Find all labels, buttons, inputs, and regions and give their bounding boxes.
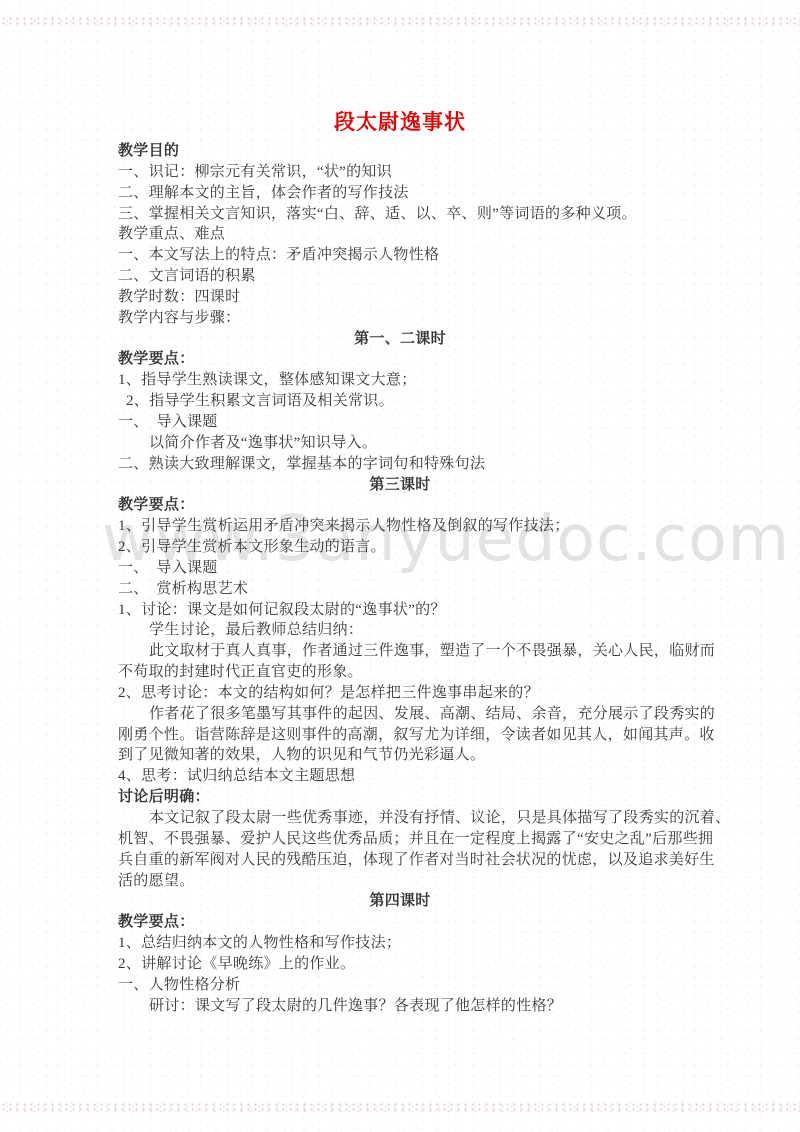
text-line: 以简介作者及“逸事状”知识导入。 <box>118 433 682 454</box>
text-line: 教学内容与步骤： <box>118 308 682 329</box>
text-line: 一、 导入课题 <box>118 558 682 579</box>
top-scan-band <box>0 16 800 26</box>
text-line: 兵自重的新军阀对人民的残酷压迫，体现了作者对当时社会状况的忧虑，以及追求美好生 <box>118 850 682 871</box>
text-line: 不苟取的封建时代正直官吏的形象。 <box>118 662 682 683</box>
text-line: 1、引导学生赏析运用矛盾冲突来揭示人物性格及倒叙的写作技法； <box>118 516 682 537</box>
text-line: 教学重点、难点 <box>118 224 682 245</box>
text-line: 活的愿望。 <box>118 871 682 892</box>
text-line: 此文取材于真人真事，作者通过三件逸事，塑造了一个不畏强暴，关心人民，临财而 <box>118 641 682 662</box>
text-line: 2、讲解讨论《早晚练》上的作业。 <box>118 954 682 975</box>
document-body: 教学目的一、识记：柳宗元有关常识，“状”的知识二、理解本文的主旨，体会作者的写作… <box>118 141 682 1016</box>
text-line: 1、讨论：课文是如何记叙段太尉的“逸事状”的？ <box>118 600 682 621</box>
text-line: 本文记叙了段太尉一些优秀事迹，并没有抒情、议论，只是具体描写了段秀实的沉着、 <box>118 808 682 829</box>
text-line: 1、指导学生熟读课文，整体感知课文大意； <box>118 370 682 391</box>
text-line: 刚勇个性。诣营陈辞是这则事件的高潮，叙写尤为详细，令读者如见其人，如闻其声。收 <box>118 725 682 746</box>
text-line: 学生讨论，最后教师总结归纳： <box>118 620 682 641</box>
text-line: 一、人物性格分析 <box>118 975 682 996</box>
text-line: 一、识记：柳宗元有关常识，“状”的知识 <box>118 162 682 183</box>
text-line: 2、引导学生赏析本文形象生动的语言。 <box>118 537 682 558</box>
text-line: 教学要点： <box>118 349 682 370</box>
text-line: 到了见微知著的效果，人物的识见和气节仍光彩逼人。 <box>118 745 682 766</box>
text-line: 4、思考：试归纳总结本文主题思想 <box>118 766 682 787</box>
text-line: 讨论后明确： <box>118 787 682 808</box>
document-title: 段太尉逸事状 <box>0 106 800 136</box>
bottom-scan-band <box>0 1102 800 1112</box>
text-line: 第四课时 <box>118 891 682 912</box>
text-line: 二、熟读大致理解课文，掌握基本的字词句和特殊句法 <box>118 454 682 475</box>
text-line: 机智、不畏强暴、爱护人民这些优秀品质；并且在一定程度上揭露了“安史之乱”后那些拥 <box>118 829 682 850</box>
text-line: 1、总结归纳本文的人物性格和写作技法； <box>118 933 682 954</box>
text-line: 2、思考讨论：本文的结构如何？是怎样把三件逸事串起来的？ <box>118 683 682 704</box>
text-line: 第一、二课时 <box>118 329 682 350</box>
text-line: 教学目的 <box>118 141 682 162</box>
text-line: 三、掌握相关文言知识，落实“白、辞、适、以、卒、则”等词语的多种义项。 <box>118 204 682 225</box>
text-line: 2、指导学生积累文言词语及相关常识。 <box>118 391 682 412</box>
text-line: 作者花了很多笔墨写其事件的起因、发展、高潮、结局、余音，充分展示了段秀实的 <box>118 704 682 725</box>
text-line: 一、本文写法上的特点：矛盾冲突揭示人物性格 <box>118 245 682 266</box>
text-line: 二、文言词语的积累 <box>118 266 682 287</box>
text-line: 教学要点： <box>118 495 682 516</box>
text-line: 教学时数：四课时 <box>118 287 682 308</box>
text-line: 研讨：课文写了段太尉的几件逸事？各表现了他怎样的性格？ <box>118 996 682 1017</box>
text-line: 一、 导入课题 <box>118 412 682 433</box>
text-line: 教学要点： <box>118 912 682 933</box>
text-line: 二、 赏析构思艺术 <box>118 579 682 600</box>
text-line: 第三课时 <box>118 475 682 496</box>
text-line: 二、理解本文的主旨，体会作者的写作技法 <box>118 183 682 204</box>
